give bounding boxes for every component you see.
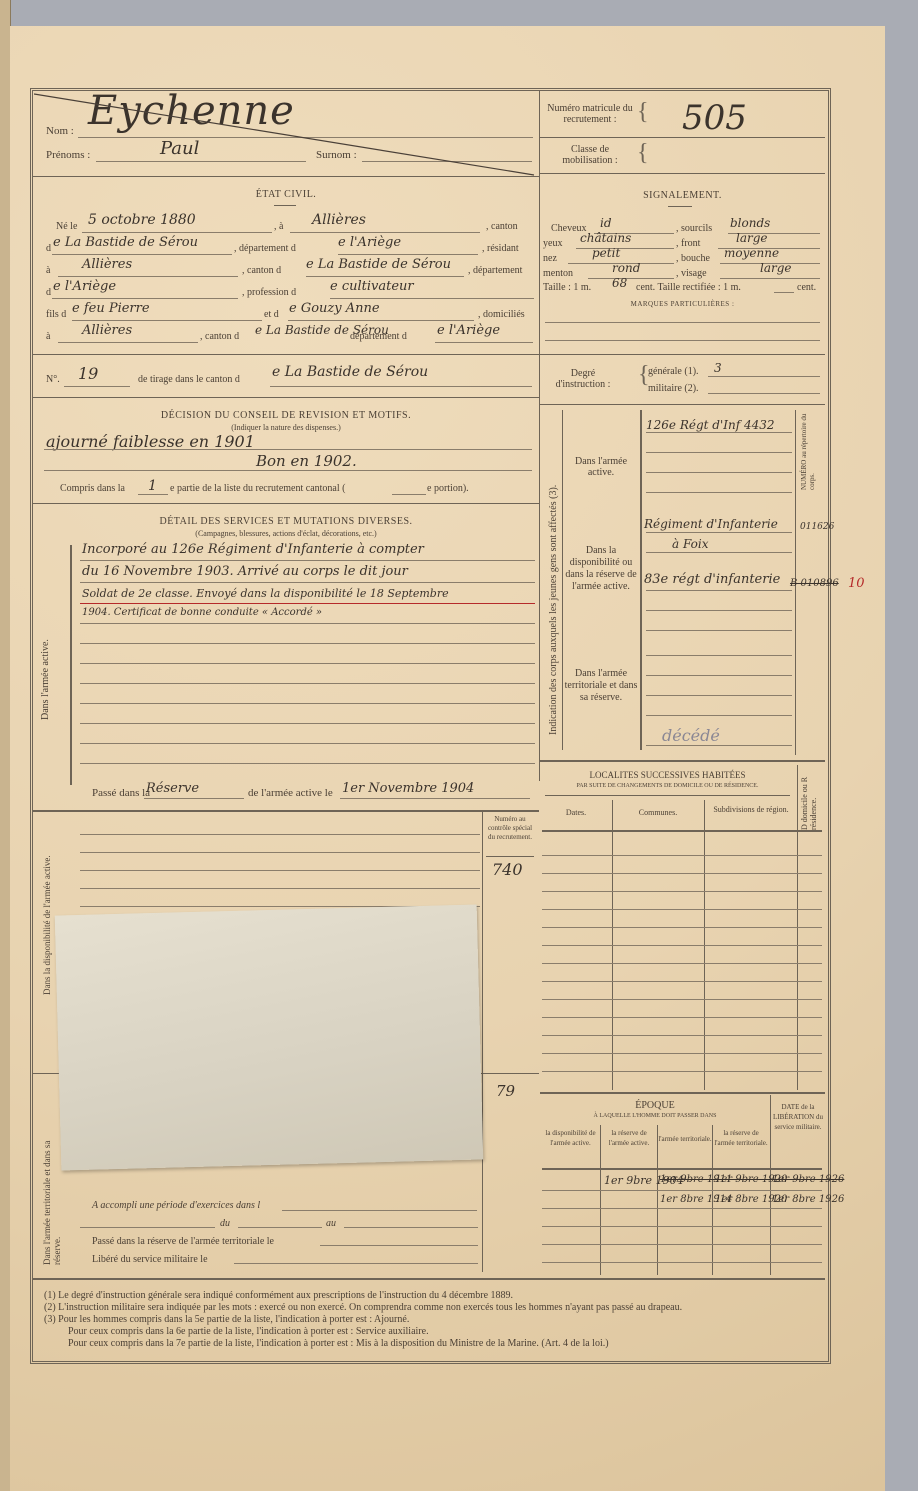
menton-value: rond [612,261,640,275]
epoque-liberation-2: 1er 8bre 1926 [772,1194,844,1205]
matricule-value: 505 [682,98,747,138]
numero-repertoire-label: NUMÉRO au répertoire du corps. [800,410,816,490]
col-reserve-territoriale: la réserve de l'armée territoriale. [713,1128,769,1148]
birth-canton: e La Bastide de Sérou [53,235,198,250]
corps-terr-value: décédé [662,726,720,745]
corps-dispo-value-2: 83e régt d'infanterie [644,572,780,587]
front-value: large [736,231,768,245]
yeux-value: châtains [580,231,631,245]
passe-reserve: Réserve [146,781,199,796]
signalement-title: SIGNALEMENT. [540,190,825,201]
strike-line [34,92,539,177]
tirage-canton: e La Bastide de Sérou [272,364,428,380]
numero-controle-value-2: 79 [496,1082,515,1100]
corps-dispo-num-2: B 010896 [790,578,839,589]
corps-dispo-label: Dans la disponibilité ou dans la réserve… [564,545,638,593]
footnote-3: (3) Pour les hommes compris dans la 5e p… [44,1314,409,1325]
footnote-2: (2) L'instruction militaire sera indiqué… [44,1302,682,1313]
marques-label: MARQUES PARTICULIÈRES : [540,300,825,308]
instruction-generale-value: 3 [714,361,722,375]
col-reserve-active: la réserve de l'armée active. [601,1128,657,1148]
corps-active-value: 126e Régt d'Inf 4432 [646,418,775,432]
corps-side-label: Indication des corps auxquels les jeunes… [548,485,559,735]
epoque-title: ÉPOQUE [540,1100,770,1111]
mother-name: e Gouzy Anne [289,301,380,316]
numero-controle-value: 740 [492,860,523,879]
residence-canton: e La Bastide de Sérou [306,257,451,272]
corps-dispo-num-1: 011626 [800,522,834,532]
father-name: e feu Pierre [72,301,150,316]
localites-title: LOCALITES SUCCESSIVES HABITÉES [540,770,795,780]
residence: Allières [82,257,132,272]
etat-civil-title: ÉTAT CIVIL. [33,189,539,200]
corps-dispo-num-2-red: 10 [848,576,865,591]
col-territoriale: l'armée territoriale. [658,1134,712,1144]
passe-date: 1er Novembre 1904 [342,781,474,796]
matricule-label: Numéro matricule du recrutement : [545,103,635,125]
numero-controle-label: Numéro au contrôle spécial du recrutemen… [484,815,536,842]
birth-departement: e l'Ariège [338,235,401,250]
detail-line-1: Incorporé au 126e Régiment d'Infanterie … [82,542,424,557]
footnote-5: Pour ceux compris dans la 7e partie de l… [68,1338,609,1349]
side-label-territoriale: Dans l'armée territoriale et dans sa rés… [42,1115,62,1265]
cheveux-value: id [600,216,612,230]
bouche-value: moyenne [724,246,779,260]
detail-title: DÉTAIL DES SERVICES ET MUTATIONS DIVERSE… [33,516,539,527]
nez-value: petit [592,246,620,260]
residence-departement: e l'Ariège [53,279,116,294]
side-label-dispo: Dans la disponibilité de l'armée active. [42,855,52,995]
col-communes: Communes. [614,808,702,817]
col-disponibilite: la disponibilité de l'armée active. [542,1128,599,1148]
classe-label: Classe de mobilisation : [545,144,635,166]
date-liberation-label: DATE de la LIBÉRATION du service militai… [772,1102,824,1132]
profession: e cultivateur [330,279,414,294]
pasted-paper-slip [55,905,484,1171]
decision-title: DÉCISION DU CONSEIL DE REVISION ET MOTIF… [33,410,539,421]
col-subdivisions: Subdivisions de région. [708,805,794,814]
taille-value: 68 [612,276,627,290]
birth-date: 5 octobre 1880 [88,212,196,228]
domicile-departement: e l'Ariège [437,323,500,338]
corps-dispo-value-1: Régiment d'Infanterie [644,517,778,531]
detail-line-2: du 16 Novembre 1903. Arrivé au corps le … [82,564,408,579]
side-label-active: Dans l'armée active. [40,639,51,720]
sourcils-value: blonds [730,216,770,230]
domicile: Allières [82,323,132,338]
footnote-1: (1) Le degré d'instruction générale sera… [44,1290,513,1301]
decision-line-2: Bon en 1902. [256,452,357,470]
visage-value: large [760,261,792,275]
tirage-number: 19 [78,364,98,383]
detail-line-4: 1904. Certificat de bonne conduite « Acc… [82,607,322,618]
compris-partie: 1 [148,478,157,494]
detail-line-3: Soldat de 2e classe. Envoyé dans la disp… [82,587,449,600]
footnote-4: Pour ceux compris dans la 6e partie de l… [68,1326,429,1337]
instruction-label: Degré d'instruction : [548,368,618,390]
corps-active-label: Dans l'armée active. [564,456,638,478]
localites-side-col: D domicile ou R résidence. [800,770,818,830]
col-dates: Dates. [542,808,610,817]
corps-terr-label: Dans l'armée territoriale et dans sa rés… [564,668,638,704]
birth-place: Allières [312,212,366,228]
epoque-liberation-1: 1er 9bre 1926 [772,1174,844,1185]
